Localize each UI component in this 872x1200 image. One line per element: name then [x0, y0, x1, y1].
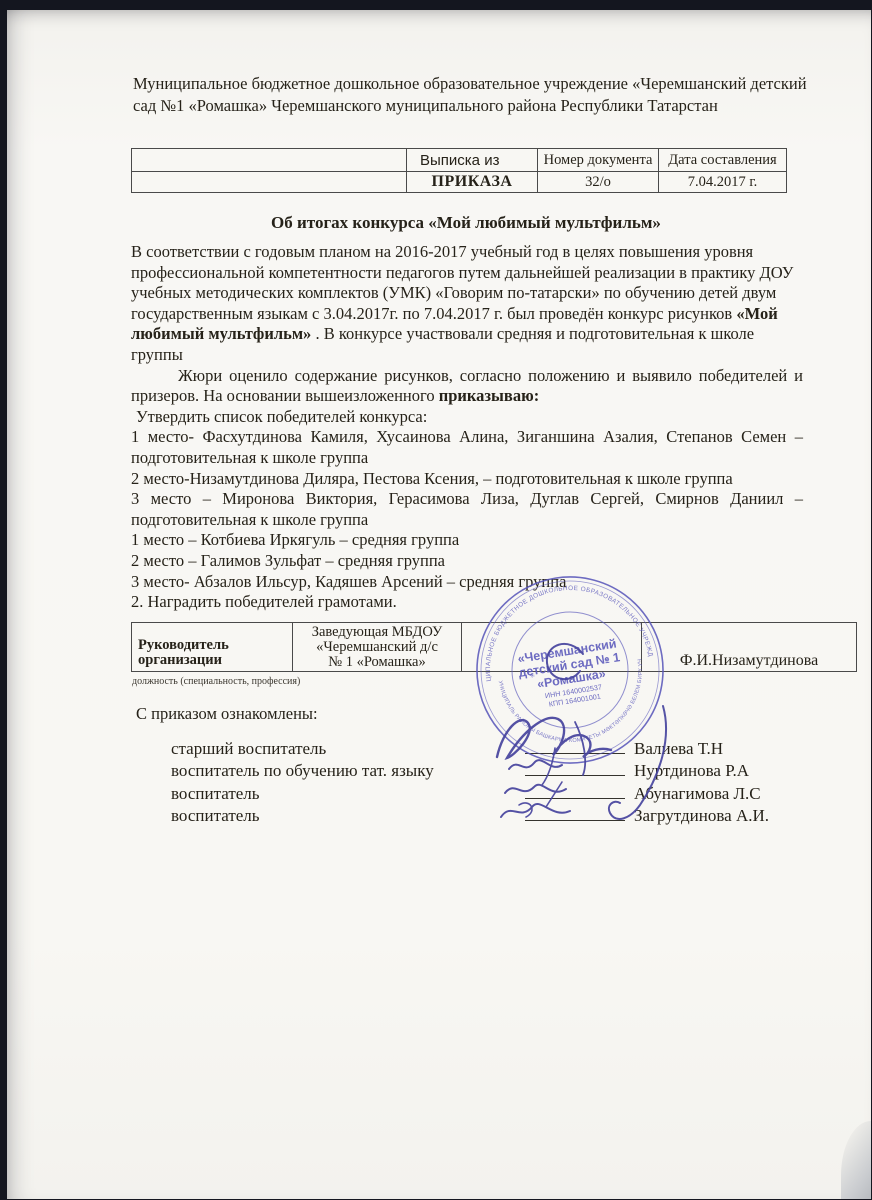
body-line: призеров. На основании вышеизложенного п… [131, 386, 803, 407]
scan-background: Муниципальное бюджетное дошкольное образ… [0, 0, 872, 1200]
signature-line [525, 784, 625, 799]
ack-name: Загрутдинова А.И. [634, 805, 769, 827]
body-line: 3 место- Абзалов Ильсур, Кадяшев Арсений… [131, 572, 803, 593]
date-value: 7.04.2017 г. [659, 172, 786, 192]
ack-row: воспитатель Абунагимова Л.С [131, 783, 771, 805]
body-line: 2. Наградить победителей грамотами. [131, 592, 803, 613]
signatory-position: Руководитель организации [132, 623, 292, 671]
body-line: учебных методических комплектов (УМК) «Г… [131, 283, 803, 304]
vypiska-label: Выписка из [407, 149, 537, 171]
body-line: 1 место- Фасхутдинова Камиля, Хусаинова … [131, 427, 803, 448]
position-caption: должность (специальность, профессия) [132, 676, 300, 687]
body-line: Жюри оценило содержание рисунков, соглас… [131, 366, 803, 387]
body-line: В соответствии с годовым планом на 2016-… [131, 242, 803, 263]
ack-position: воспитатель [131, 805, 525, 827]
ack-name: Абунагимова Л.С [634, 783, 761, 805]
page-corner-curl [841, 1121, 871, 1199]
document-page: Муниципальное бюджетное дошкольное образ… [7, 10, 871, 1199]
ack-row: воспитатель по обучению тат. языку Нуртд… [131, 760, 771, 782]
table-cell-empty [132, 172, 406, 192]
body-line: 1 место – Котбиева Иркягуль – средняя гр… [131, 530, 803, 551]
table-cell-empty [132, 149, 406, 171]
body-line: 2 место – Галимов Зульфат – средняя груп… [131, 551, 803, 572]
ack-row: старший воспитатель Валиева Т.Н [131, 738, 771, 760]
ack-position: старший воспитатель [131, 738, 525, 760]
org-header: Муниципальное бюджетное дошкольное образ… [133, 73, 823, 117]
svg-text:ИНН 1640002537: ИНН 1640002537 [544, 682, 602, 700]
body-line: подготовительная к школе группа [131, 448, 803, 469]
prikaza-label: ПРИКАЗА [407, 172, 537, 192]
order-header-table: Выписка из Номер документа Дата составле… [131, 148, 787, 193]
signature-table: Руководитель организации Заведующая МБДО… [131, 622, 857, 672]
document-title: Об итогах конкурса «Мой любимый мультфил… [131, 213, 801, 233]
acknowledgement-list: старший воспитатель Валиева Т.Н воспитат… [131, 738, 771, 828]
body-line: подготовительная к школе группа [131, 510, 803, 531]
signature-line [525, 806, 625, 821]
date-header: Дата составления [659, 149, 786, 171]
body-line: любимый мультфильм»любимый мультфильм» .… [131, 324, 803, 365]
svg-text:✳: ✳ [529, 672, 536, 681]
ack-name: Нуртдинова Р.А [634, 760, 749, 782]
acknowledgement-heading: С приказом ознакомлены: [136, 704, 318, 724]
ack-row: воспитатель Загрутдинова А.И. [131, 805, 771, 827]
signatory-title: Заведующая МБДОУ «Черемшанский д/с № 1 «… [293, 623, 461, 671]
org-header-line: сад №1 «Ромашка» Черемшанского муниципал… [133, 95, 823, 117]
signature-line [525, 761, 625, 776]
body-line: государственным языкам с 3.04.2017г. по … [131, 304, 803, 325]
ack-position: воспитатель по обучению тат. языку [131, 760, 525, 782]
doc-number-value: 32/о [538, 172, 658, 192]
doc-number-header: Номер документа [538, 149, 658, 171]
body-line: Утвердить список победителей конкурса: [131, 407, 803, 428]
order-body: В соответствии с годовым планом на 2016-… [131, 242, 803, 645]
ack-name: Валиева Т.Н [634, 738, 723, 760]
signature-cell [462, 623, 641, 671]
signature-line [525, 739, 625, 754]
signatory-name: Ф.И.Низамутдинова [642, 623, 856, 671]
body-line: 2 место-Низамутдинова Диляра, Пестова Кс… [131, 469, 803, 490]
body-line: профессиональной компетентности педагого… [131, 263, 803, 284]
svg-text:КПП 164001001: КПП 164001001 [548, 692, 601, 709]
body-line: 3 место – Миронова Виктория, Герасимова … [131, 489, 803, 510]
org-header-line: Муниципальное бюджетное дошкольное образ… [133, 73, 823, 95]
ack-position: воспитатель [131, 783, 525, 805]
